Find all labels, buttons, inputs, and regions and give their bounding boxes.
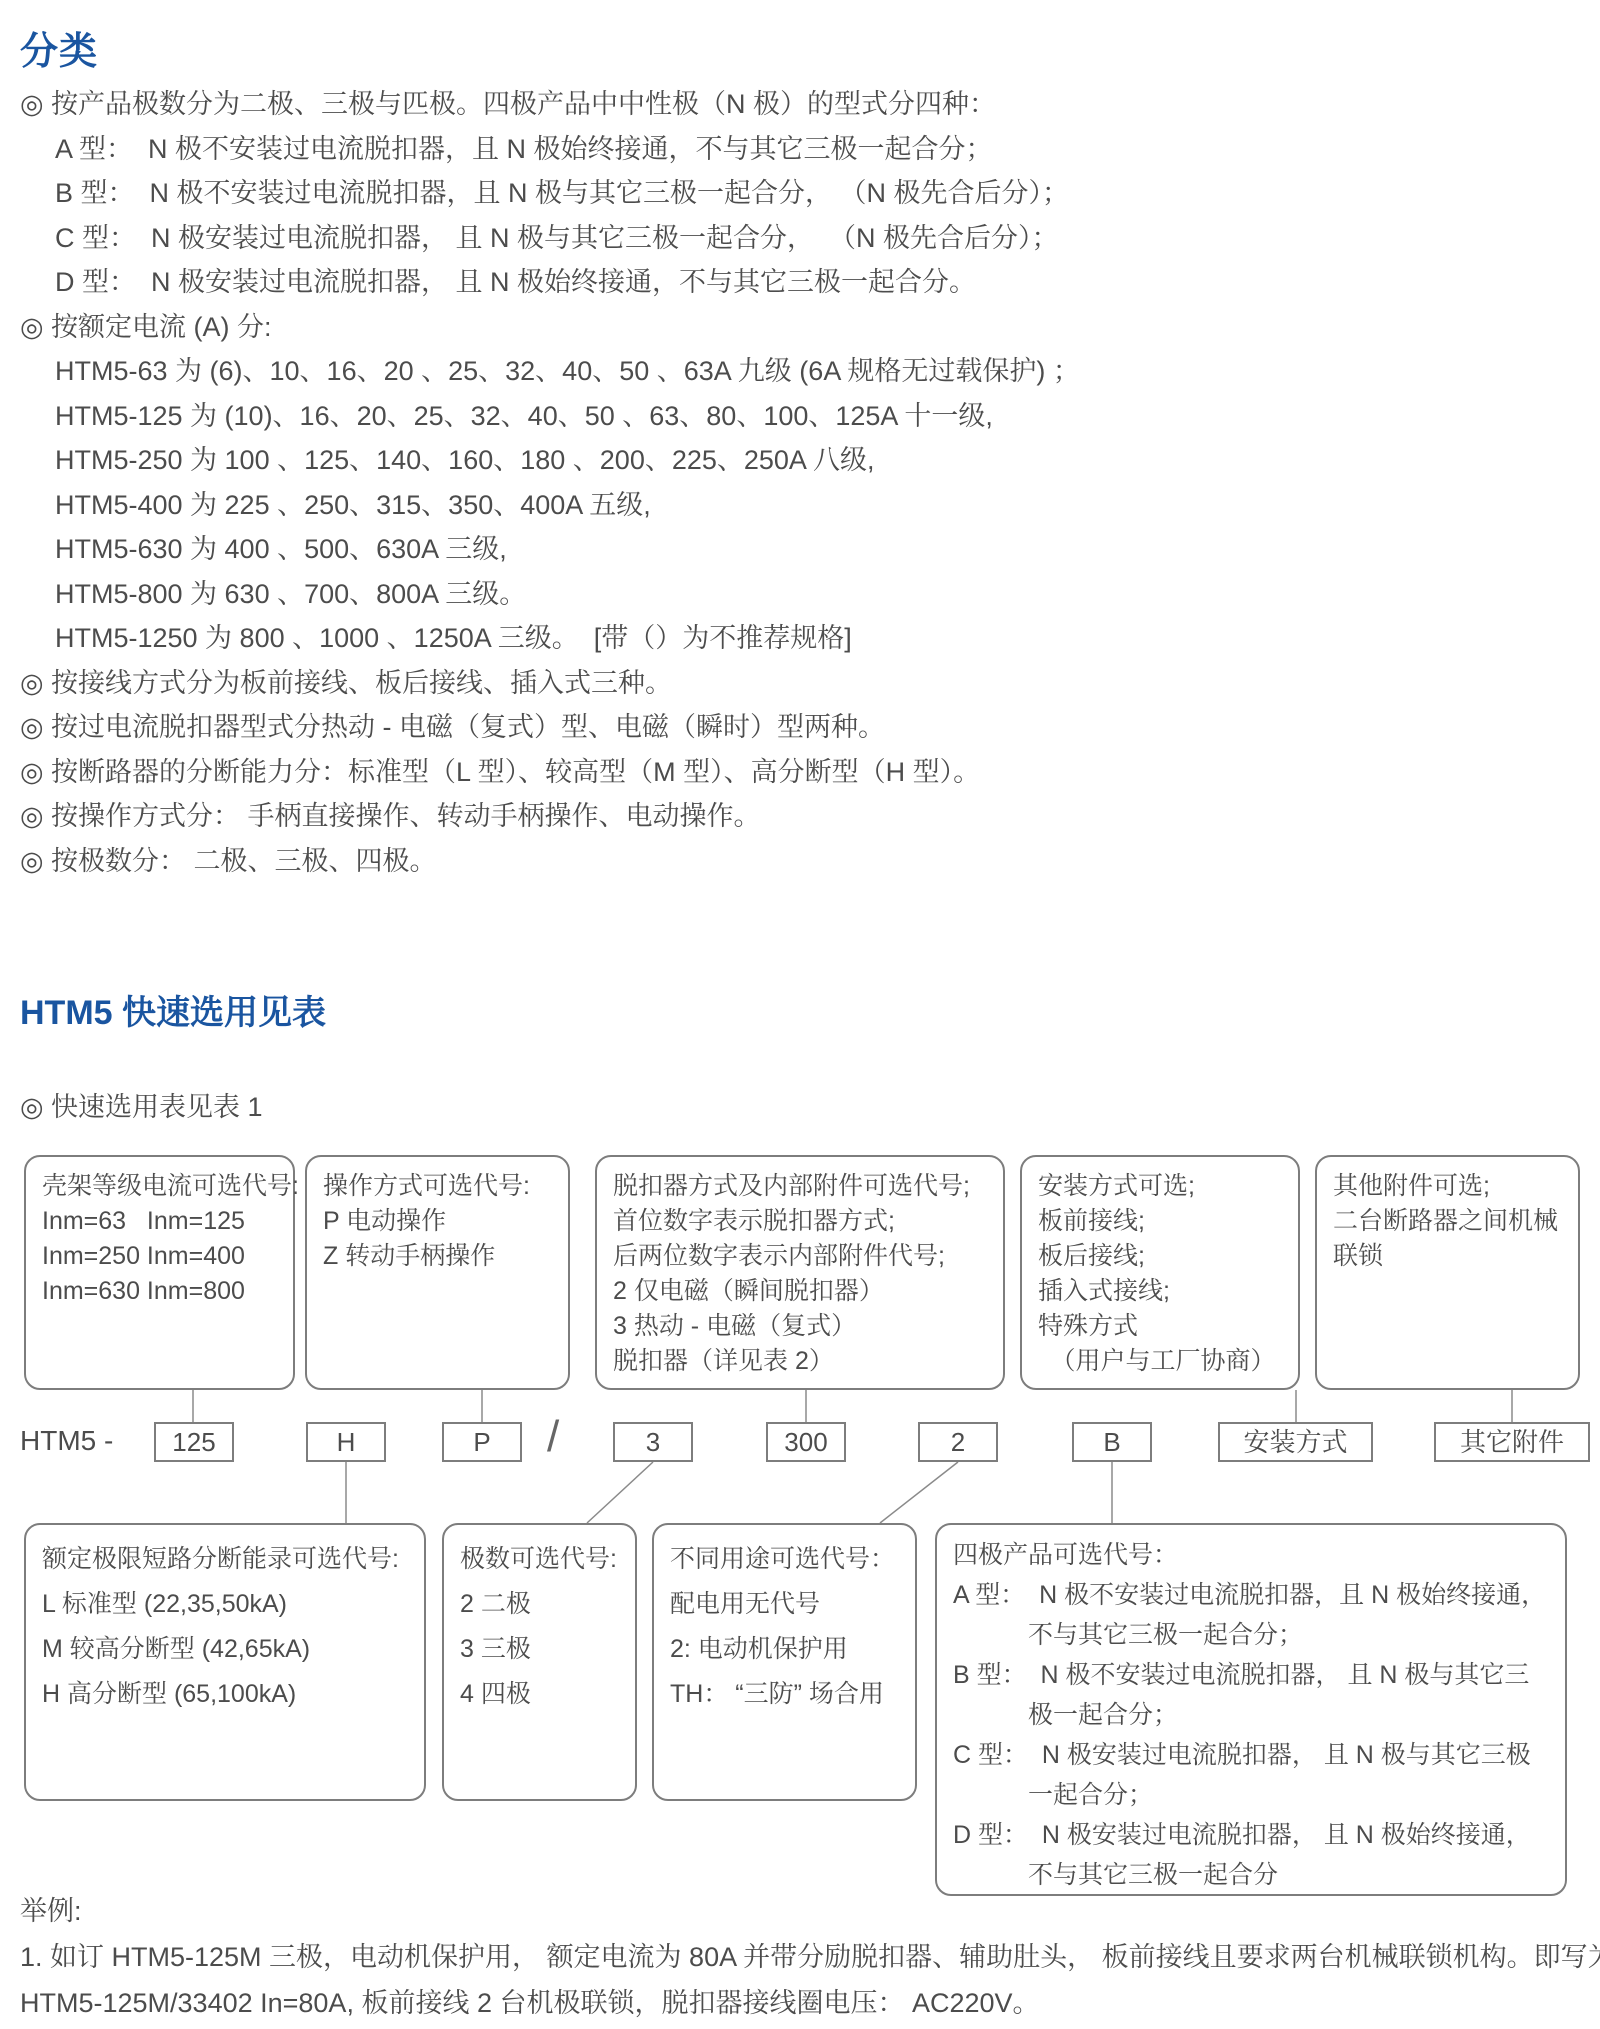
box-line: 板前接线; bbox=[1038, 1204, 1282, 1239]
box-line: 3 热动 - 电磁（复式） bbox=[613, 1309, 987, 1344]
box-line: P 电动操作 bbox=[323, 1204, 552, 1239]
box-line: 极数可选代号: bbox=[460, 1537, 619, 1582]
box-line: Z 转动手柄操作 bbox=[323, 1239, 552, 1274]
box-line: 插入式接线; bbox=[1038, 1274, 1282, 1309]
box-line: 额定极限短路分断能录可选代号: bbox=[42, 1537, 408, 1582]
four-pole-type-box: 四极产品可选代号： A 型： N 极不安装过电流脱扣器，且 N 极始终接通， 不… bbox=[935, 1523, 1567, 1896]
connector-line bbox=[587, 1462, 653, 1523]
code-box-fourpole: B bbox=[1072, 1422, 1152, 1462]
box-line: 2: 电动机保护用 bbox=[670, 1627, 899, 1672]
box-line: D 型： N 极安装过电流脱扣器， 且 N 极始终接通， bbox=[953, 1815, 1549, 1855]
classification-line: HTM5-1250 为 800 、1000 、1250A 三级。 [带（）为不推… bbox=[20, 616, 1590, 661]
classification-line: HTM5-630 为 400 、500、630A 三级, bbox=[20, 527, 1590, 572]
box-line: 操作方式可选代号: bbox=[323, 1169, 552, 1204]
box-line: H 高分断型 (65,100kA) bbox=[42, 1672, 408, 1717]
example-line: HTM5-125M/33402 In=80A, 板前接线 2 台机极联锁，脱扣器… bbox=[20, 1980, 1590, 2026]
box-line: 脱扣器（详见表 2） bbox=[613, 1344, 987, 1379]
box-line: 3 三极 bbox=[460, 1627, 619, 1672]
other-accessory-box: 其他附件可选; 二台断路器之间机械 联锁 bbox=[1315, 1155, 1580, 1390]
box-line: 极一起合分； bbox=[953, 1695, 1549, 1735]
model-prefix: HTM5 - bbox=[20, 1425, 113, 1457]
code-box-operation: P bbox=[442, 1422, 522, 1462]
operation-mode-box: 操作方式可选代号: P 电动操作 Z 转动手柄操作 bbox=[305, 1155, 570, 1390]
code-box-trip: 300 bbox=[766, 1422, 846, 1462]
classification-line: ◎ 按额定电流 (A) 分: bbox=[20, 305, 1590, 350]
classification-line: ◎ 按断路器的分断能力分：标准型（L 型）、较高型（M 型）、高分断型（H 型）… bbox=[20, 750, 1590, 795]
box-line: 2 仅电磁（瞬间脱扣器） bbox=[613, 1274, 987, 1309]
box-line: Inm=63 Inm=125 bbox=[42, 1204, 277, 1239]
box-line: 2 二极 bbox=[460, 1582, 619, 1627]
box-line: 配电用无代号 bbox=[670, 1582, 899, 1627]
box-line: 二台断路器之间机械 bbox=[1333, 1204, 1562, 1239]
box-line: 4 四极 bbox=[460, 1672, 619, 1717]
connector-line bbox=[880, 1462, 958, 1523]
separator-slash: / bbox=[547, 1412, 559, 1462]
box-line: TH： “三防” 场合用 bbox=[670, 1672, 899, 1717]
classification-line: HTM5-63 为 (6)、10、16、20 、25、32、40、50 、63A… bbox=[20, 349, 1590, 394]
box-line: 后两位数字表示内部附件代号; bbox=[613, 1239, 987, 1274]
box-line: （用户与工厂协商） bbox=[1038, 1344, 1282, 1379]
box-line: C 型： N 极安装过电流脱扣器， 且 N 极与其它三极 bbox=[953, 1735, 1549, 1775]
classification-line: ◎ 按操作方式分： 手柄直接操作、转动手柄操作、电动操作。 bbox=[20, 794, 1590, 839]
classification-line: D 型： N 极安装过电流脱扣器， 且 N 极始终接通，不与其它三极一起合分。 bbox=[20, 260, 1590, 305]
classification-line: ◎ 按过电流脱扣器型式分热动 - 电磁（复式）型、电磁（瞬时）型两种。 bbox=[20, 705, 1590, 750]
classification-line: A 型： N 极不安装过电流脱扣器，且 N 极始终接通，不与其它三极一起合分； bbox=[20, 127, 1590, 172]
classification-line: HTM5-800 为 630 、700、800A 三级。 bbox=[20, 572, 1590, 617]
classification-line: ◎ 按极数分： 二极、三极、四极。 bbox=[20, 839, 1590, 884]
code-box-breaking: H bbox=[306, 1422, 386, 1462]
box-line: M 较高分断型 (42,65kA) bbox=[42, 1627, 408, 1672]
code-box-accessory: 其它附件 bbox=[1434, 1422, 1590, 1462]
example-line: 1. 如订 HTM5-125M 三极，电动机保护用， 额定电流为 80A 并带分… bbox=[20, 1934, 1590, 1980]
trip-unit-box: 脱扣器方式及内部附件可选代号; 首位数字表示脱扣器方式; 后两位数字表示内部附件… bbox=[595, 1155, 1005, 1390]
code-box-frame: 125 bbox=[154, 1422, 234, 1462]
box-line: 其他附件可选; bbox=[1333, 1169, 1562, 1204]
box-line: A 型： N 极不安装过电流脱扣器，且 N 极始终接通， bbox=[953, 1575, 1549, 1615]
box-line: 特殊方式 bbox=[1038, 1309, 1282, 1344]
example-label: 举例: bbox=[20, 1888, 1590, 1934]
classification-line: C 型： N 极安装过电流脱扣器， 且 N 极与其它三极一起合分， （N 极先合… bbox=[20, 216, 1590, 261]
breaking-capacity-box: 额定极限短路分断能录可选代号: L 标准型 (22,35,50kA) M 较高分… bbox=[24, 1523, 426, 1801]
box-line: 安装方式可选; bbox=[1038, 1169, 1282, 1204]
classification-line: HTM5-125 为 (10)、16、20、25、32、40、50 、63、80… bbox=[20, 394, 1590, 439]
box-line: L 标准型 (22,35,50kA) bbox=[42, 1582, 408, 1627]
box-line: 壳架等级电流可选代号: bbox=[42, 1169, 277, 1204]
selection-bullet: ◎ 快速选用表见表 1 bbox=[20, 1085, 263, 1130]
box-line: 四极产品可选代号： bbox=[953, 1535, 1549, 1575]
classification-line: ◎ 按接线方式分为板前接线、板后接线、插入式三种。 bbox=[20, 661, 1590, 706]
classification-line: HTM5-250 为 100 、125、140、160、180 、200、225… bbox=[20, 438, 1590, 483]
pole-number-box: 极数可选代号: 2 二极 3 三极 4 四极 bbox=[442, 1523, 637, 1801]
box-line: 不同用途可选代号： bbox=[670, 1537, 899, 1582]
box-line: 脱扣器方式及内部附件可选代号; bbox=[613, 1169, 987, 1204]
mounting-box: 安装方式可选; 板前接线; 板后接线; 插入式接线; 特殊方式 （用户与工厂协商… bbox=[1020, 1155, 1300, 1390]
box-line: Inm=630 Inm=800 bbox=[42, 1274, 277, 1309]
code-box-poles: 3 bbox=[613, 1422, 693, 1462]
box-line: 一起合分； bbox=[953, 1775, 1549, 1815]
classification-list: ◎ 按产品极数分为二极、三极与匹极。四极产品中中性极（N 极）的型式分四种： A… bbox=[20, 82, 1590, 883]
code-box-usage: 2 bbox=[918, 1422, 998, 1462]
selection-title: HTM5 快速选用见表 bbox=[20, 985, 326, 1034]
classification-line: ◎ 按产品极数分为二极、三极与匹极。四极产品中中性极（N 极）的型式分四种： bbox=[20, 82, 1590, 127]
classification-line: HTM5-400 为 225 、250、315、350、400A 五级, bbox=[20, 483, 1590, 528]
box-line: 联锁 bbox=[1333, 1239, 1562, 1274]
box-line: Inm=250 Inm=400 bbox=[42, 1239, 277, 1274]
box-line: 不与其它三极一起合分； bbox=[953, 1615, 1549, 1655]
usage-box: 不同用途可选代号： 配电用无代号 2: 电动机保护用 TH： “三防” 场合用 bbox=[652, 1523, 917, 1801]
example-block: 举例: 1. 如订 HTM5-125M 三极，电动机保护用， 额定电流为 80A… bbox=[20, 1888, 1590, 2026]
box-line: 首位数字表示脱扣器方式; bbox=[613, 1204, 987, 1239]
classification-line: B 型： N 极不安装过电流脱扣器，且 N 极与其它三极一起合分， （N 极先合… bbox=[20, 171, 1590, 216]
box-line: 板后接线; bbox=[1038, 1239, 1282, 1274]
box-line: B 型： N 极不安装过电流脱扣器， 且 N 极与其它三 bbox=[953, 1655, 1549, 1695]
catalog-page: { "colors": { "heading_blue": "#1a55a0",… bbox=[0, 0, 1600, 2029]
frame-current-box: 壳架等级电流可选代号: Inm=63 Inm=125 Inm=250 Inm=4… bbox=[24, 1155, 295, 1390]
code-box-mounting: 安装方式 bbox=[1218, 1422, 1373, 1462]
classification-title: 分类 bbox=[20, 20, 98, 75]
